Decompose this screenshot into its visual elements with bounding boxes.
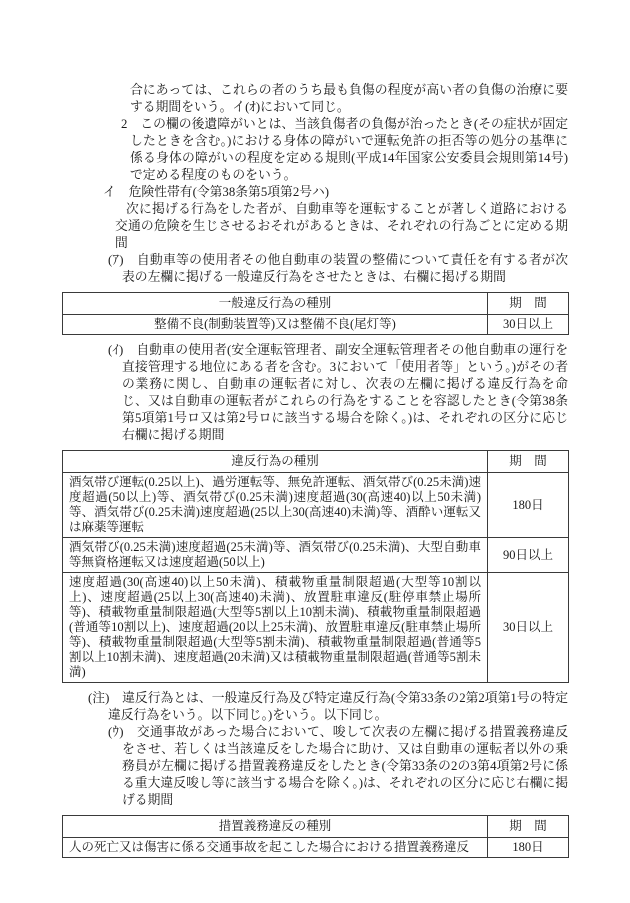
table-duty-violation: 措置義務違反の種別 期 間 人の死亡又は傷害に係る交通事故を起こした場合における… (62, 815, 569, 858)
cell-period-value: 180日 (488, 473, 569, 538)
table-row: 人の死亡又は傷害に係る交通事故を起こした場合における措置義務違反 180日 (63, 838, 569, 858)
table-violation-acts: 違反行為の種別 期 間 酒気帯び運転(0.25以上)、過労運転等、無免許運転、酒… (62, 450, 569, 683)
table-row: 整備不良(制動装置等)又は整備不良(尾灯等) 30日以上 (63, 315, 569, 335)
table-header-row: 措置義務違反の種別 期 間 (63, 816, 569, 838)
cell-period-value: 30日以上 (488, 573, 569, 683)
header-violation-kind: 違反行為の種別 (63, 451, 488, 473)
para-item-a-vehicle-user-maintenance: (ｱ) 自動車等の使用者その他自動車の装置の整備について責任を有する者が次表の左… (122, 252, 568, 286)
para-item-b-vehicle-user-order: (ｲ) 自動車の使用者(安全運転管理者、副安全運転管理者その他自動車の運行を直接… (122, 342, 568, 444)
cell-period-value: 180日 (488, 838, 569, 858)
table-header-row: 違反行為の種別 期 間 (63, 451, 569, 473)
para-note-violation-definition: (注) 違反行為とは、一般違反行為及び特定違反行為(令第33条の2第2項第1号の… (108, 690, 568, 724)
header-general-violation-kind: 一般違反行為の種別 (63, 293, 488, 315)
header-period: 期 間 (488, 293, 569, 315)
para-item2-after-effects-definition: 2 この欄の後遺障がいとは、当該負傷者の負傷が治ったとき(その症状が固定したとき… (130, 116, 568, 184)
table-row: 速度超過(30(高速40)以上50未満)、積載物重量制限超過(大型等10割以上)… (63, 573, 569, 683)
header-period: 期 間 (488, 816, 569, 838)
cell-period-value: 30日以上 (488, 315, 569, 335)
cell-violation-kind: 酒気帯び運転(0.25以上)、過労運転等、無免許運転、酒気帯び(0.25未満)速… (63, 473, 488, 538)
header-duty-violation-kind: 措置義務違反の種別 (63, 816, 488, 838)
document-page: 合にあっては、これらの者のうち最も負傷の程度が高い者の負傷の治療に要する期間をい… (0, 0, 630, 903)
table-row: 酒気帯び運転(0.25以上)、過労運転等、無免許運転、酒気帯び(0.25未満)速… (63, 473, 569, 538)
cell-duty-violation-kind: 人の死亡又は傷害に係る交通事故を起こした場合における措置義務違反 (63, 838, 488, 858)
para-section-i-body: 次に掲げる行為をした者が、自動車等を運転することが著しく道路における交通の危険を… (115, 201, 568, 252)
cell-violation-kind: 整備不良(制動装置等)又は整備不良(尾灯等) (63, 315, 488, 335)
para-item-c-duty-violation-accident: (ｳ) 交通事故があった場合において、唆して次表の左欄に掲げる措置義務違反をさせ… (122, 724, 568, 809)
cell-violation-kind: 酒気帯び(0.25未満)速度超過(25未満)等、酒気帯び(0.25未満)、大型自… (63, 538, 488, 573)
heading-section-i-danger-possession: イ 危険性帯有(令第38条第5項第2号ハ) (103, 184, 568, 201)
cell-violation-kind: 速度超過(30(高速40)以上50未満)、積載物重量制限超過(大型等10割以上)… (63, 573, 488, 683)
para-item1-continuation: 合にあっては、これらの者のうち最も負傷の程度が高い者の負傷の治療に要する期間をい… (130, 82, 568, 116)
table-header-row: 一般違反行為の種別 期 間 (63, 293, 569, 315)
table-general-violation: 一般違反行為の種別 期 間 整備不良(制動装置等)又は整備不良(尾灯等) 30日… (62, 292, 569, 335)
cell-period-value: 90日以上 (488, 538, 569, 573)
table-row: 酒気帯び(0.25未満)速度超過(25未満)等、酒気帯び(0.25未満)、大型自… (63, 538, 569, 573)
header-period: 期 間 (488, 451, 569, 473)
